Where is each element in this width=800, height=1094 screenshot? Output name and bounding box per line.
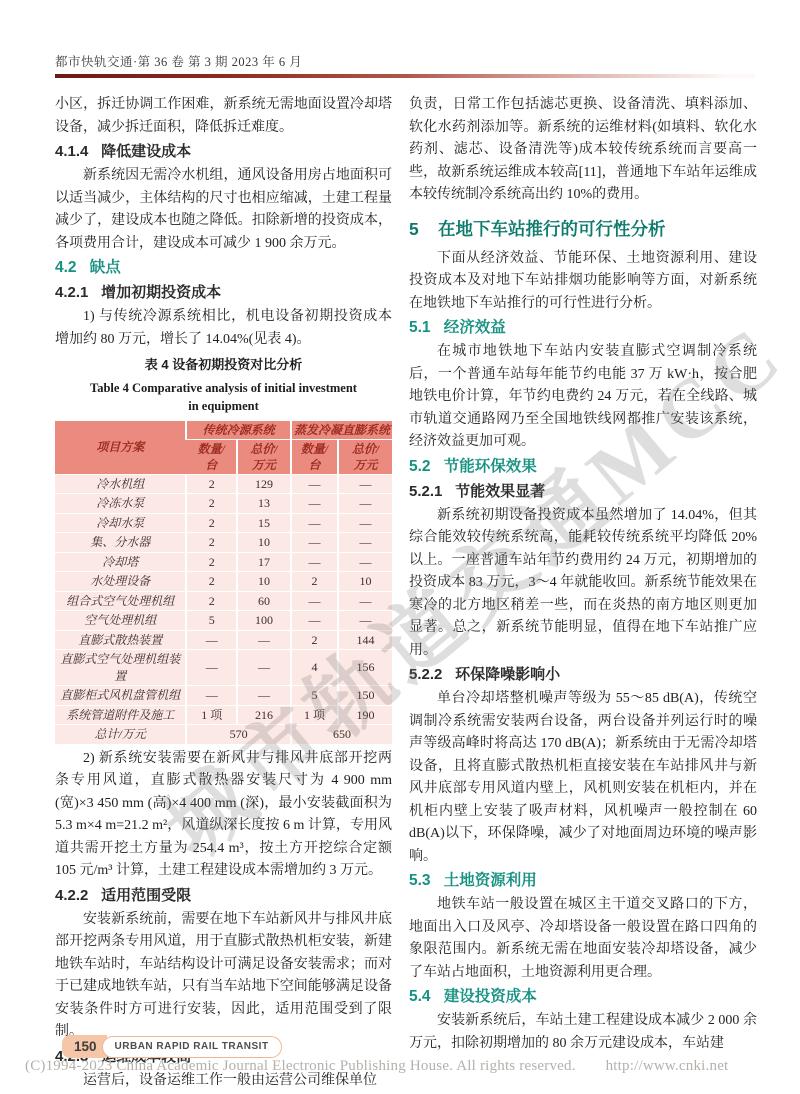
value-cell: 15 <box>237 513 291 533</box>
page-number: 150 <box>62 1035 107 1058</box>
value-cell: 2 <box>186 533 237 553</box>
section-heading-5.3: 5.3土地资源利用 <box>409 869 757 893</box>
section-number: 5 <box>409 219 419 239</box>
value-cell: — <box>338 494 392 514</box>
paragraph: 安装新系统前，需要在地下车站新风井与排风井底部开挖两条专用风道，用于直膨式散热机… <box>55 909 392 1044</box>
table-row: 组合式空气处理机组260—— <box>55 591 392 611</box>
value-cell: 10 <box>237 572 291 592</box>
section-title: 缺点 <box>90 259 121 276</box>
paragraph: 负责，日常工作包括滤芯更换、设备清洗、填料添加、软化水药剂添加等。新系统的运维材… <box>409 94 757 207</box>
value-cell: — <box>291 611 338 631</box>
journal-page: 都市快轨交通·第 36 卷 第 3 期 2023 年 6 月 小区，拆迁协调工作… <box>0 0 800 1094</box>
value-cell: 2 <box>186 552 237 572</box>
section-title: 节能环保效果 <box>444 458 537 475</box>
value-cell: — <box>237 686 291 706</box>
value-cell: 10 <box>237 533 291 553</box>
item-name-cell: 空气处理机组 <box>55 611 186 631</box>
paragraph: 新系统初期设备投资成本虽然增加了 14.04%，但其综合能效较传统系统高，能耗较… <box>409 505 757 663</box>
value-cell: 2 <box>186 494 237 514</box>
paragraph: 下面从经济效益、节能环保、土地资源利用、建设投资成本及对地下车站排烟功能影响等方… <box>409 248 757 316</box>
value-cell: — <box>338 591 392 611</box>
section-heading-5.2: 5.2节能环保效果 <box>409 455 757 479</box>
value-cell: — <box>338 552 392 572</box>
investment-comparison-table: 项目方案传统冷源系统蒸发冷凝直膨系统数量/ 台总价/ 万元数量/ 台总价/ 万元… <box>55 421 392 744</box>
journal-header-line: 都市快轨交通·第 36 卷 第 3 期 2023 年 6 月 <box>55 52 302 70</box>
table-caption-zh: 表 4 设备初期投资对比分析 <box>55 354 392 377</box>
paragraph: 新系统因无需冷水机组，通风设备用房占地面积可以适当减少，主体结构的尺寸也相应缩减… <box>55 165 392 255</box>
table-sub-header: 总价/ 万元 <box>338 439 392 474</box>
section-heading-5.4: 5.4建设投资成本 <box>409 985 757 1009</box>
value-cell: 156 <box>338 650 392 686</box>
section-title: 环保降噪影响小 <box>455 666 560 683</box>
paragraph: 在城市地铁地下车站内安装直膨式空调制冷系统后，一个普通车站每年能节约电能 37 … <box>409 341 757 454</box>
item-name-cell: 直膨式散热装置 <box>55 630 186 650</box>
section-number: 5.2.2 <box>409 666 442 683</box>
item-name-cell: 冷却塔 <box>55 552 186 572</box>
value-cell: — <box>291 552 338 572</box>
paragraph: 2) 新系统安装需要在新风井与排风井底部开挖两条专用风道，直膨式散热器安装尺寸为… <box>55 748 392 883</box>
section-title: 土地资源利用 <box>444 872 537 889</box>
copyright-text: (C)1994-2023 China Academic Journal Elec… <box>25 1058 576 1074</box>
paragraph: 单台冷却塔整机噪声等级为 55～85 dB(A)，传统空调制冷系统需安装两台设备… <box>409 688 757 868</box>
value-cell: 1 项 <box>186 705 237 725</box>
paragraph: 小区，拆迁协调工作困难，新系统无需地面设置冷却塔设备，减少拆迁面积，降低拆迁难度… <box>55 94 392 139</box>
value-cell: 13 <box>237 494 291 514</box>
value-cell: 10 <box>338 572 392 592</box>
table-corner-header: 项目方案 <box>55 421 186 475</box>
value-cell: 144 <box>338 630 392 650</box>
section-heading-5: 5在地下车站推行的可行性分析 <box>409 216 757 242</box>
value-cell: 60 <box>237 591 291 611</box>
table-caption-en: Table 4 Comparative analysis of initial … <box>55 379 392 415</box>
section-title: 在地下车站推行的可行性分析 <box>438 219 666 239</box>
paragraph: 安装新系统后，车站土建工程建设成本减少 2 000 余万元，扣除初期增加的 80… <box>409 1010 757 1055</box>
paragraph: 地铁车站一般设置在城区主干道交叉路口的下方，地面出入口及风亭、冷却塔设备一般设置… <box>409 894 757 984</box>
section-number: 5.4 <box>409 988 431 1005</box>
value-cell: 2 <box>186 591 237 611</box>
value-cell: 2 <box>291 630 338 650</box>
value-cell: — <box>291 591 338 611</box>
section-title: 节能效果显著 <box>455 483 545 500</box>
section-number: 5.3 <box>409 872 431 889</box>
table-total-row: 总计/万元570650 <box>55 725 392 744</box>
value-cell: 150 <box>338 686 392 706</box>
value-cell: 2 <box>186 474 237 494</box>
table-sub-header: 总价/ 万元 <box>237 439 291 474</box>
table-row: 直膨式散热装置——2144 <box>55 630 392 650</box>
value-cell: 2 <box>186 572 237 592</box>
value-cell: 5 <box>291 686 338 706</box>
section-number: 5.2 <box>409 458 431 475</box>
item-name-cell: 冷水机组 <box>55 474 186 494</box>
value-cell: 129 <box>237 474 291 494</box>
value-cell: — <box>291 494 338 514</box>
item-name-cell: 直膨式空气处理机组装置 <box>55 650 186 686</box>
section-heading-4.1.4: 4.1.4降低建设成本 <box>55 140 392 164</box>
value-cell: 5 <box>186 611 237 631</box>
table-row: 直膨式空气处理机组装置——4156 <box>55 650 392 686</box>
section-title: 增加初期投资成本 <box>101 284 221 301</box>
total-label-cell: 总计/万元 <box>55 725 186 744</box>
value-cell: 190 <box>338 705 392 725</box>
item-name-cell: 冷却水泵 <box>55 513 186 533</box>
table-row: 冷水机组2129—— <box>55 474 392 494</box>
value-cell: 216 <box>237 705 291 725</box>
table-row: 直膨柜式风机盘管机组——5150 <box>55 686 392 706</box>
table-group-header: 蒸发冷凝直膨系统 <box>291 421 392 440</box>
item-name-cell: 水处理设备 <box>55 572 186 592</box>
value-cell: 4 <box>291 650 338 686</box>
section-title: 适用范围受限 <box>101 887 191 904</box>
value-cell: — <box>338 533 392 553</box>
table-sub-header: 数量/ 台 <box>291 439 338 474</box>
value-cell: — <box>237 650 291 686</box>
table-row: 水处理设备210210 <box>55 572 392 592</box>
value-cell: — <box>186 686 237 706</box>
section-heading-4.2.2: 4.2.2适用范围受限 <box>55 884 392 908</box>
table-row: 系统管道附件及施工1 项2161 项190 <box>55 705 392 725</box>
value-cell: — <box>338 474 392 494</box>
left-column: 小区，拆迁协调工作困难，新系统无需地面设置冷却塔设备，减少拆迁面积，降低拆迁难度… <box>55 94 392 1092</box>
value-cell: — <box>338 513 392 533</box>
section-number: 4.2.2 <box>55 887 88 904</box>
item-name-cell: 直膨柜式风机盘管机组 <box>55 686 186 706</box>
item-name-cell: 集、分水器 <box>55 533 186 553</box>
table-row: 冷却水泵215—— <box>55 513 392 533</box>
value-cell: — <box>186 630 237 650</box>
table-row: 冷冻水泵213—— <box>55 494 392 514</box>
table-group-header: 传统冷源系统 <box>186 421 290 440</box>
section-heading-5.1: 5.1经济效益 <box>409 316 757 340</box>
value-cell: — <box>338 611 392 631</box>
table-row: 冷却塔217—— <box>55 552 392 572</box>
header-rule <box>55 74 755 78</box>
section-number: 4.2.1 <box>55 284 88 301</box>
section-heading-4.2.1: 4.2.1增加初期投资成本 <box>55 281 392 305</box>
value-cell: 100 <box>237 611 291 631</box>
investment-table: 表 4 设备初期投资对比分析Table 4 Comparative analys… <box>55 354 392 744</box>
item-name-cell: 冷冻水泵 <box>55 494 186 514</box>
value-cell: — <box>291 474 338 494</box>
value-cell: 2 <box>186 513 237 533</box>
total-evaporative-cell: 650 <box>291 725 392 744</box>
item-name-cell: 系统管道附件及施工 <box>55 705 186 725</box>
value-cell: — <box>186 650 237 686</box>
value-cell: 17 <box>237 552 291 572</box>
section-heading-5.2.1: 5.2.1节能效果显著 <box>409 480 757 504</box>
value-cell: — <box>291 513 338 533</box>
right-column: 负责，日常工作包括滤芯更换、设备清洗、填料添加、软化水药剂添加等。新系统的运维材… <box>409 94 757 1055</box>
section-number: 4.1.4 <box>55 143 88 160</box>
table-row: 集、分水器210—— <box>55 533 392 553</box>
section-heading-5.2.2: 5.2.2环保降噪影响小 <box>409 663 757 687</box>
section-title: 经济效益 <box>444 319 506 336</box>
section-heading-4.2: 4.2缺点 <box>55 256 392 280</box>
paragraph: 1) 与传统冷源系统相比，机电设备初期投资成本增加约 80 万元，增长了 14.… <box>55 306 392 351</box>
journal-name-pill: URBAN RAPID RAIL TRANSIT <box>102 1036 282 1058</box>
table-sub-header: 数量/ 台 <box>186 439 237 474</box>
value-cell: — <box>237 630 291 650</box>
copyright-line: (C)1994-2023 China Academic Journal Elec… <box>25 1058 785 1075</box>
section-title: 建设投资成本 <box>444 988 537 1005</box>
item-name-cell: 组合式空气处理机组 <box>55 591 186 611</box>
value-cell: — <box>291 533 338 553</box>
value-cell: 1 项 <box>291 705 338 725</box>
section-number: 5.2.1 <box>409 483 442 500</box>
total-traditional-cell: 570 <box>186 725 290 744</box>
section-number: 5.1 <box>409 319 431 336</box>
footer-badge: 150 URBAN RAPID RAIL TRANSIT <box>62 1035 282 1058</box>
table-row: 空气处理机组5100—— <box>55 611 392 631</box>
cnki-url: http://www.cnki.net <box>606 1058 729 1074</box>
value-cell: 2 <box>291 572 338 592</box>
section-title: 降低建设成本 <box>101 143 191 160</box>
section-number: 4.2 <box>55 259 77 276</box>
